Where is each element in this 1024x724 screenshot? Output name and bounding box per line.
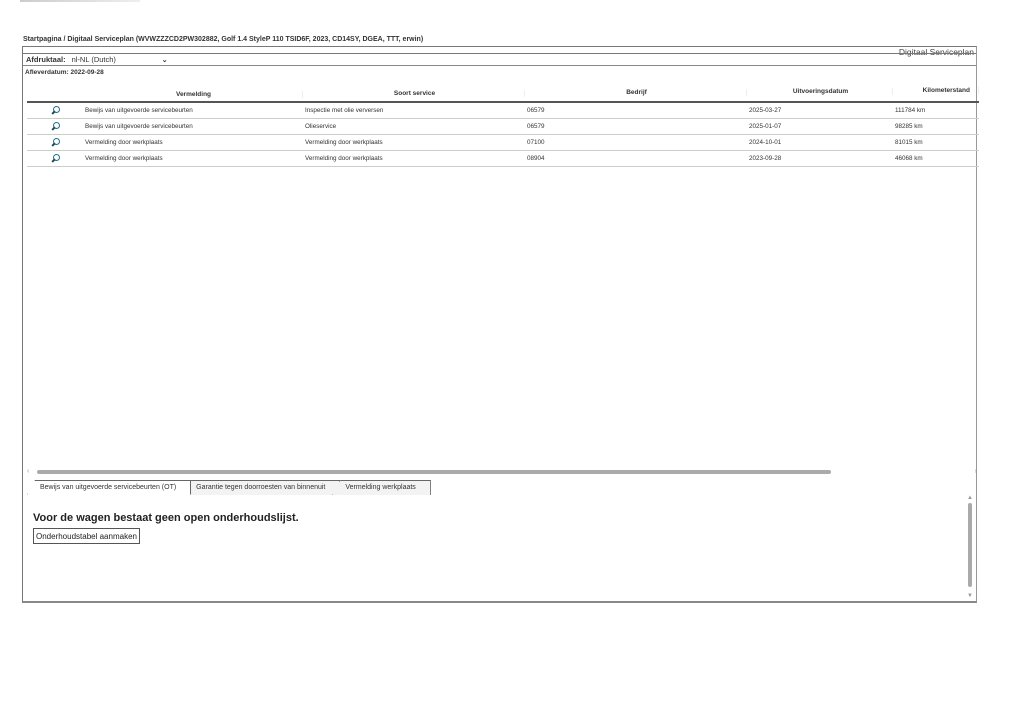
cell-vermelding: Bewijs van uitgevoerde servicebeurten (83, 107, 303, 114)
breadcrumb: Startpagina / Digitaal Serviceplan (WVWZ… (23, 36, 423, 43)
tab-bewijs-servicebeurten[interactable]: Bewijs van uitgevoerde servicebeurten (O… (27, 480, 191, 495)
table-row[interactable]: Vermelding door werkplaats Vermelding do… (27, 151, 979, 167)
cell-bedrijf: 08904 (525, 155, 747, 162)
print-language-value: nl-NL (Dutch) (72, 55, 116, 64)
delivery-date: Afleverdatum: 2022-09-28 (25, 69, 104, 76)
cell-vermelding: Bewijs van uitgevoerde servicebeurten (83, 123, 303, 130)
header-uitvoeringsdatum[interactable]: Uitvoeringsdatum (747, 88, 893, 95)
cell-bedrijf: 06579 (525, 107, 747, 114)
cell-vermelding: Vermelding door werkplaats (83, 155, 303, 162)
magnifier-icon[interactable] (51, 138, 60, 148)
cell-soort-service: Vermelding door werkplaats (303, 155, 525, 162)
header-bedrijf[interactable]: Bedrijf (525, 89, 747, 96)
header-soort-service[interactable]: Soort service (303, 90, 525, 97)
arrow-down-icon[interactable]: ▼ (967, 593, 973, 599)
magnifier-icon[interactable] (51, 154, 60, 164)
table-row[interactable]: Bewijs van uitgevoerde servicebeurten Ol… (27, 119, 979, 135)
vertical-scroll-thumb[interactable] (968, 503, 972, 587)
vertical-scrollbar[interactable]: ▲ ▼ (966, 495, 974, 599)
cell-kilometerstand: 98285 km (893, 123, 979, 130)
tab-garantie-doorroesten[interactable]: Garantie tegen doorroesten van binnenuit (183, 480, 340, 495)
horizontal-scroll-thumb[interactable] (37, 470, 831, 474)
cell-kilometerstand: 81015 km (893, 139, 979, 146)
chevron-down-icon: ⌄ (162, 56, 168, 64)
tab-strip: Bewijs van uitgevoerde servicebeurten (O… (27, 480, 423, 495)
cell-bedrijf: 06579 (525, 123, 747, 130)
table-row[interactable]: Vermelding door werkplaats Vermelding do… (27, 135, 979, 151)
table-header: Vermelding Soort service Bedrijf Uitvoer… (27, 79, 979, 103)
tab-vermelding-werkplaats[interactable]: Vermelding werkplaats (332, 480, 430, 495)
print-language-bar: Afdruktaal: nl-NL (Dutch) ⌄ (23, 53, 976, 66)
arrow-right-icon[interactable]: › (975, 468, 977, 475)
magnifier-icon[interactable] (51, 106, 60, 116)
cell-uitvoeringsdatum: 2025-03-27 (747, 107, 893, 114)
scan-artifact (20, 0, 140, 2)
header-kilometerstand[interactable]: Kilometerstand (893, 87, 979, 94)
cell-uitvoeringsdatum: 2025-01-07 (747, 123, 893, 130)
no-maintenance-list-message: Voor de wagen bestaat geen open onderhou… (33, 512, 299, 524)
cell-kilometerstand: 46068 km (893, 155, 979, 162)
print-language-select[interactable]: nl-NL (Dutch) ⌄ (72, 55, 168, 64)
cell-uitvoeringsdatum: 2023-09-28 (747, 155, 893, 162)
cell-soort-service: Vermelding door werkplaats (303, 139, 525, 146)
arrow-up-icon[interactable]: ▲ (967, 495, 973, 501)
cell-bedrijf: 07100 (525, 139, 747, 146)
create-maintenance-table-button[interactable]: Onderhoudstabel aanmaken (33, 528, 140, 544)
table-row[interactable]: Bewijs van uitgevoerde servicebeurten In… (27, 103, 979, 119)
service-plan-panel: Digitaal Serviceplan Afdruktaal: nl-NL (… (22, 46, 977, 603)
cell-uitvoeringsdatum: 2024-10-01 (747, 139, 893, 146)
cell-kilometerstand: 111784 km (893, 107, 979, 114)
cell-vermelding: Vermelding door werkplaats (83, 139, 303, 146)
print-language-label: Afdruktaal: (26, 55, 66, 64)
header-vermelding[interactable]: Vermelding (83, 91, 303, 98)
cell-soort-service: Inspectie met olie verversen (303, 107, 525, 114)
cell-soort-service: Olieservice (303, 123, 525, 130)
magnifier-icon[interactable] (51, 122, 60, 132)
arrow-left-icon[interactable]: ‹ (27, 468, 29, 475)
service-history-table: Vermelding Soort service Bedrijf Uitvoer… (27, 79, 979, 167)
horizontal-scrollbar[interactable]: ‹ › (27, 468, 977, 476)
